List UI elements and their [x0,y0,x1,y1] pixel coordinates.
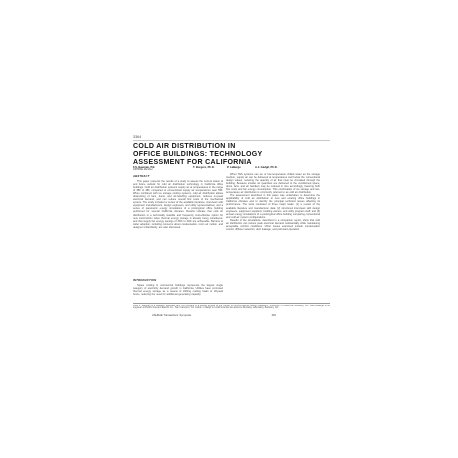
paper-title-line-2: OFFICE BUILDINGS: TECHNOLOGY [133,151,303,159]
paper-number: 3364 [133,135,141,139]
footer-page-number: 481 [268,314,276,317]
introduction-heading: INTRODUCTION [133,279,156,282]
paper-title-line-1: COLD AIR DISTRIBUTION IN [133,143,303,151]
author-1-affiliation: ASHRAE Member [133,169,191,172]
author-footnote: Fred S. Bauman is a research specialist … [133,305,330,314]
footer-journal-label: ASHRAE Transactions: Symposia [152,314,191,317]
author-3: P. LaBerge [227,166,255,169]
author-4-name: A.J. Gadgil, Ph.D. [255,166,311,169]
author-1: F.S. Bauman, P.E. ASHRAE Member [133,166,191,172]
right-column-paragraph-3: Results of the simulations, described in… [226,219,320,231]
screenshot-canvas: 3364 COLD AIR DISTRIBUTION IN OFFICE BUI… [0,0,458,458]
author-2: T. Borgers, Ph.D. [193,166,227,169]
right-text-column: When TES systems use ice or low-temperat… [226,173,320,303]
author-4: A.J. Gadgil, Ph.D. [255,166,311,169]
abstract-paragraph: This paper presents the results of a stu… [133,180,223,229]
abstract-text-column: This paper presents the results of a stu… [133,180,223,273]
scanned-paper-page: 3364 COLD AIR DISTRIBUTION IN OFFICE BUI… [112,18,346,440]
author-2-name: T. Borgers, Ph.D. [193,166,227,169]
introduction-paragraph: Space cooling in commercial buildings re… [133,284,223,296]
right-column-paragraph-1: When TES systems use ice or low-temperat… [226,173,320,194]
right-column-paragraph-2: The assessment described in this paper w… [226,194,320,218]
paper-title: COLD AIR DISTRIBUTION IN OFFICE BUILDING… [133,143,303,168]
author-3-name: P. LaBerge [227,166,255,169]
header-rule [133,140,330,141]
footnote-rule [133,303,330,304]
introduction-text-column: Space cooling in commercial buildings re… [133,284,223,303]
abstract-heading: ABSTRACT [133,175,150,178]
